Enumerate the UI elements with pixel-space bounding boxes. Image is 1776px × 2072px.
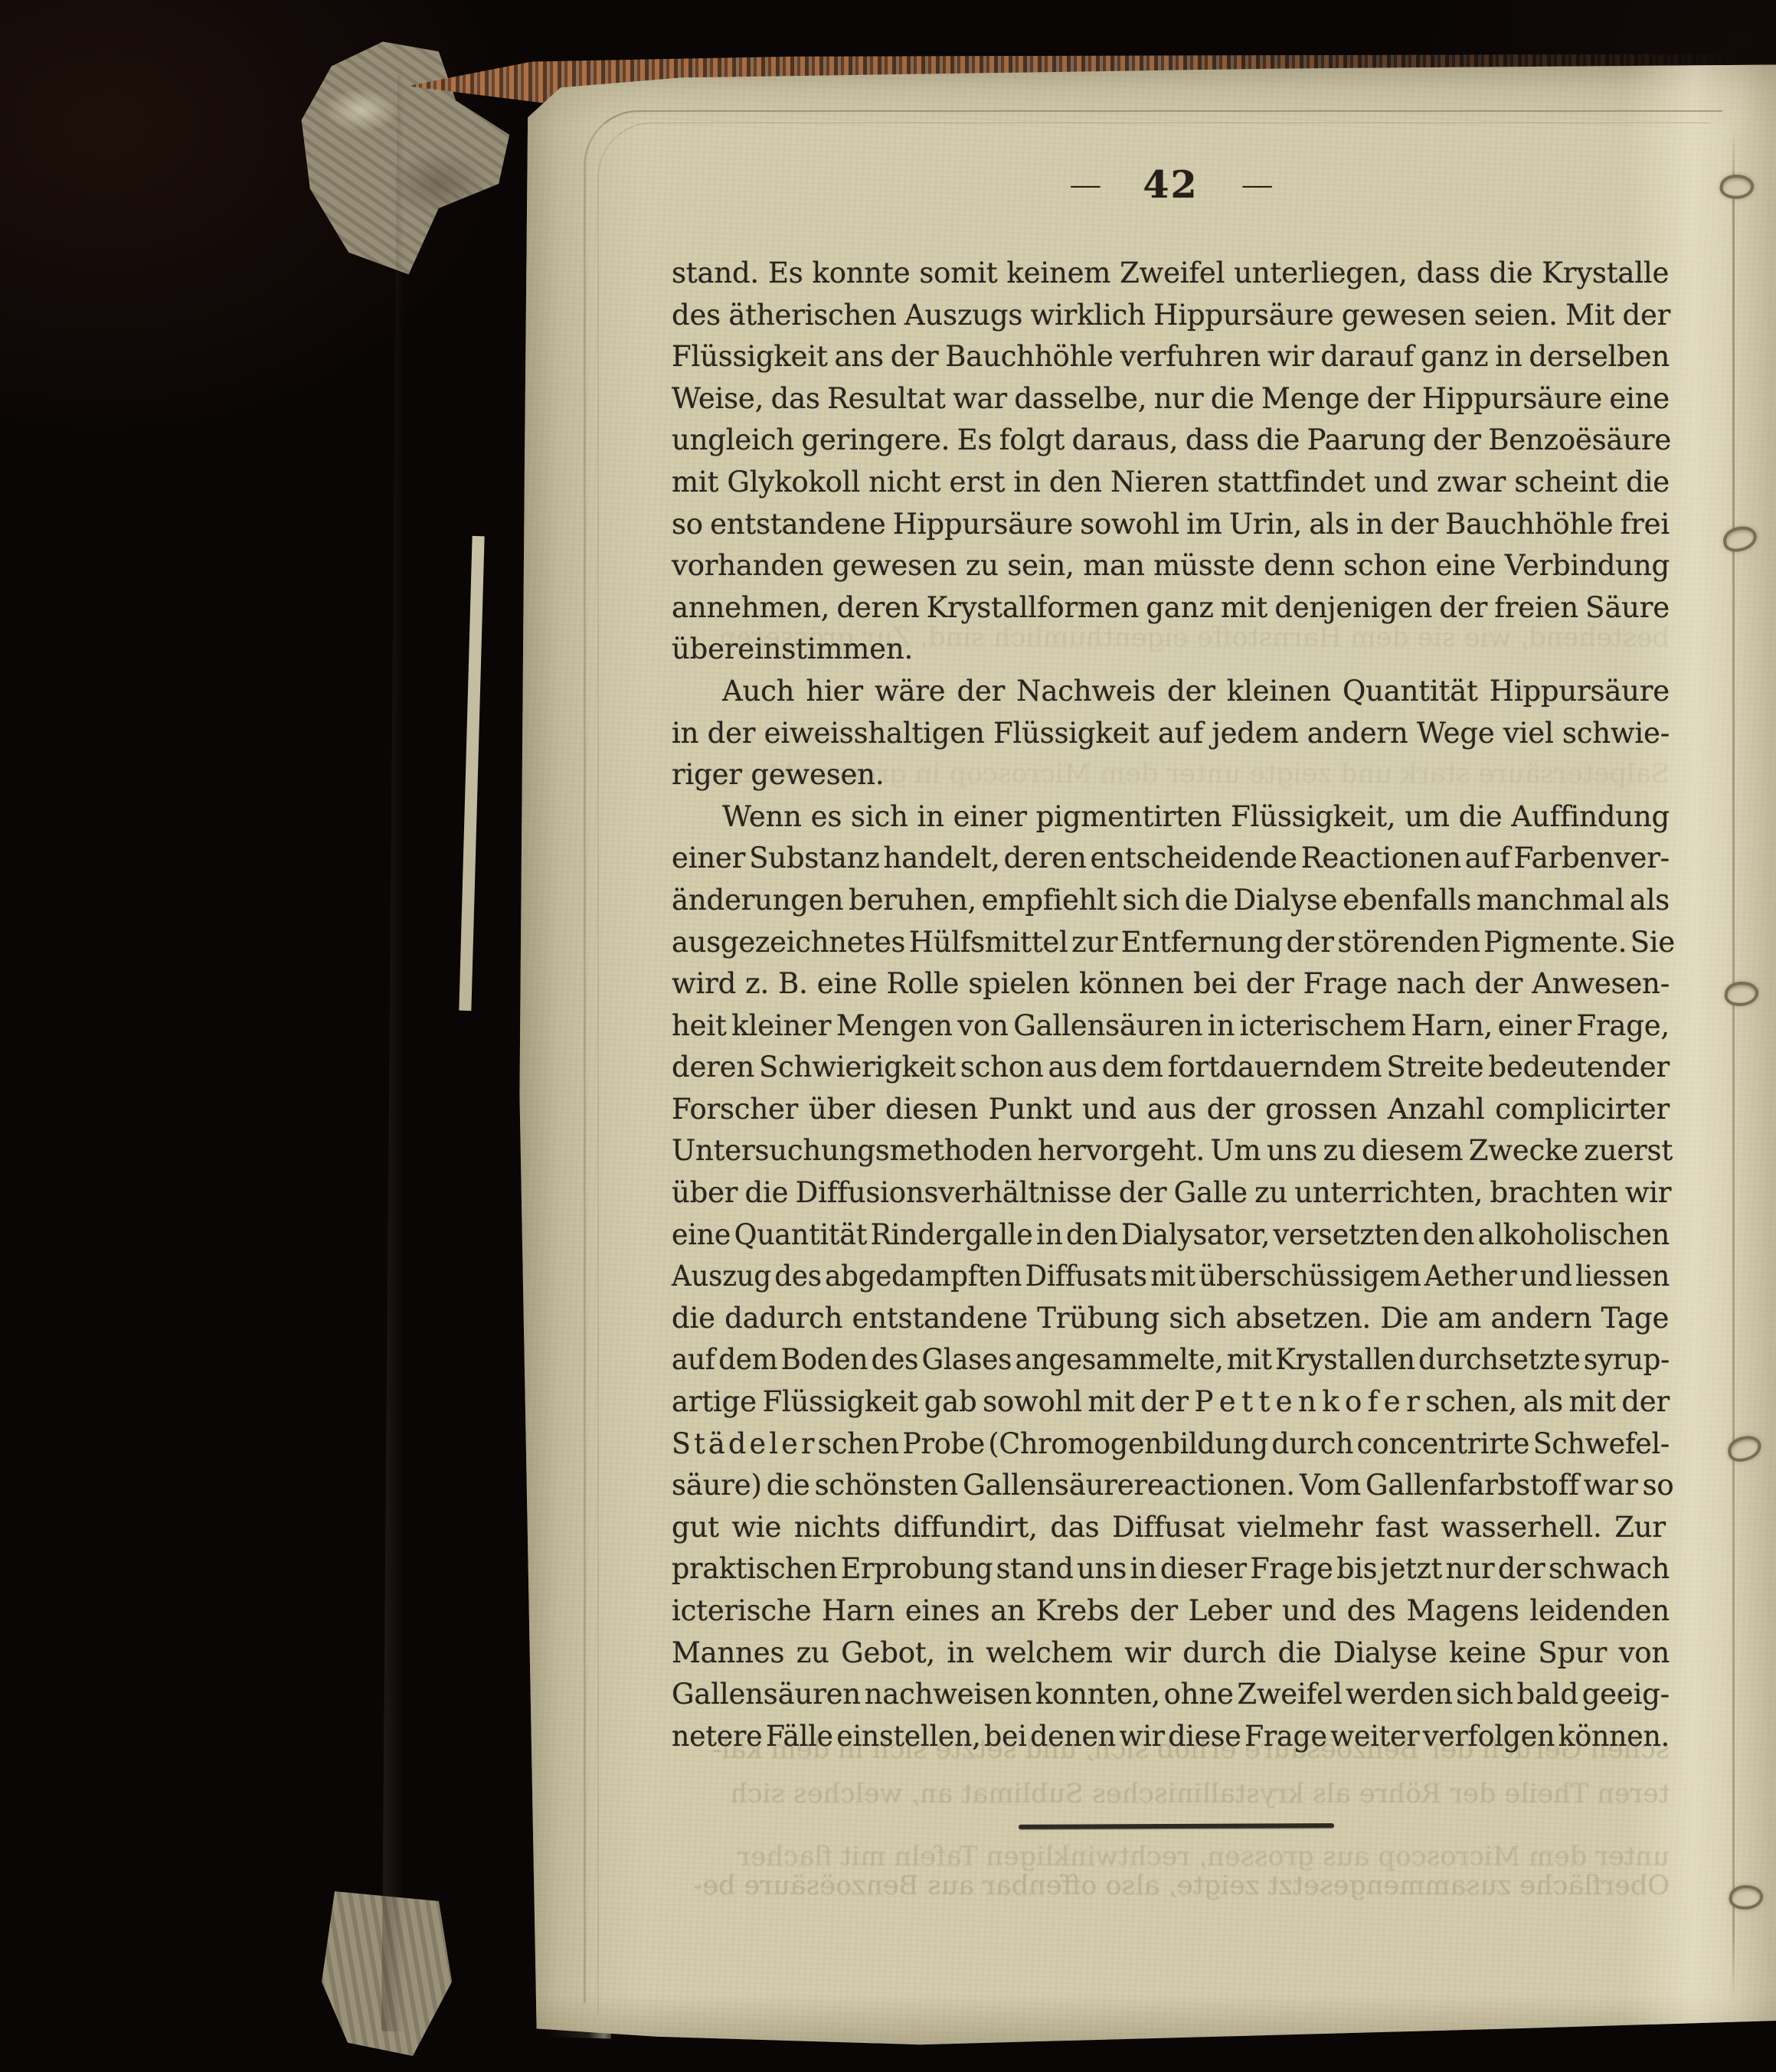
text-line: Wenn es sich in einer pigmentirten Flüss…	[722, 796, 1670, 838]
text-line: auf dem Boden des Glases angesammelte, m…	[672, 1339, 1670, 1381]
text-line: so entstandene Hippursäure sowohl im Uri…	[672, 504, 1670, 546]
text-line: mit Glykokoll nicht erst in den Nieren s…	[672, 462, 1670, 504]
text-line: stand. Es konnte somit keinem Zweifel un…	[672, 253, 1670, 295]
page-number-header: — 42 —	[672, 162, 1670, 207]
header-dash-left: —	[1069, 169, 1100, 199]
text-line: netere Fälle einstellen, bei denen wir d…	[672, 1716, 1670, 1758]
text-line: annehmen, deren Krystallformen ganz mit …	[672, 587, 1670, 629]
text-line: icterische Harn eines an Krebs der Leber…	[672, 1590, 1670, 1632]
text-line: vorhanden gewesen zu sein, man müsste de…	[672, 545, 1670, 587]
text-line: riger gewesen.	[672, 754, 1670, 796]
text-line: in der eiweisshaltigen Flüssigkeit auf j…	[672, 713, 1670, 755]
header-dash-right: —	[1241, 169, 1272, 199]
text-line: deren Schwierigkeit schon aus dem fortda…	[672, 1047, 1670, 1089]
text-line: Mannes zu Gebot, in welchem wir durch di…	[672, 1632, 1670, 1675]
text-line: Weise, das Resultat war dasselbe, nur di…	[672, 378, 1670, 420]
text-line: übereinstimmen.	[672, 629, 1670, 671]
text-line: S t ä d e l e r schen Probe (Chromogenbi…	[672, 1423, 1670, 1466]
text-line: ausgezeichnetes Hülfsmittel zur Entfernu…	[672, 922, 1670, 964]
text-line: gut wie nichts diffundirt, das Diffusat …	[672, 1507, 1670, 1549]
text-line: säure) die schönsten Gallensäurereaction…	[672, 1465, 1670, 1507]
book-photo: bestehend, wie sie dem Harnstoffe eigent…	[0, 0, 1776, 2072]
text-line: einer Substanz handelt, deren entscheide…	[672, 838, 1670, 880]
gutter-crease	[1732, 126, 1735, 2006]
page-number: 42	[1143, 162, 1198, 207]
text-line: eine Quantität Rindergalle in den Dialys…	[672, 1214, 1670, 1257]
text-line: ungleich geringere. Es folgt daraus, das…	[672, 420, 1670, 462]
text-line: Gallensäuren nachweisen konnten, ohne Zw…	[672, 1674, 1670, 1716]
text-line: über die Diffusionsverhältnisse der Gall…	[672, 1172, 1670, 1214]
text-line: änderungen beruhen, empfiehlt sich die D…	[672, 880, 1670, 922]
text-line: die dadurch entstandene Trübung sich abs…	[672, 1298, 1670, 1340]
text-line: heit kleiner Mengen von Gallensäuren in …	[672, 1005, 1670, 1047]
text-line: wird z. B. eine Rolle spielen können bei…	[672, 963, 1670, 1005]
text-line: Auch hier wäre der Nachweis der kleinen …	[722, 671, 1670, 713]
text-line: praktischen Erprobung stand uns in diese…	[672, 1548, 1670, 1590]
text-line: des ätherischen Auszugs wirklich Hippurs…	[672, 295, 1670, 337]
text-line: Flüssigkeit ans der Bauchhöhle verfuhren…	[672, 336, 1670, 378]
text-line: artige Flüssigkeit gab sowohl mit der P …	[672, 1381, 1670, 1423]
text-line: Auszug des abgedampften Diffusats mit üb…	[672, 1256, 1670, 1298]
text-block: stand. Es konnte somit keinem Zweifel un…	[672, 253, 1670, 1757]
text-line: Forscher über diesen Punkt und aus der g…	[672, 1089, 1670, 1131]
text-line: Untersuchungsmethoden hervorgeht. Um uns…	[672, 1130, 1670, 1172]
